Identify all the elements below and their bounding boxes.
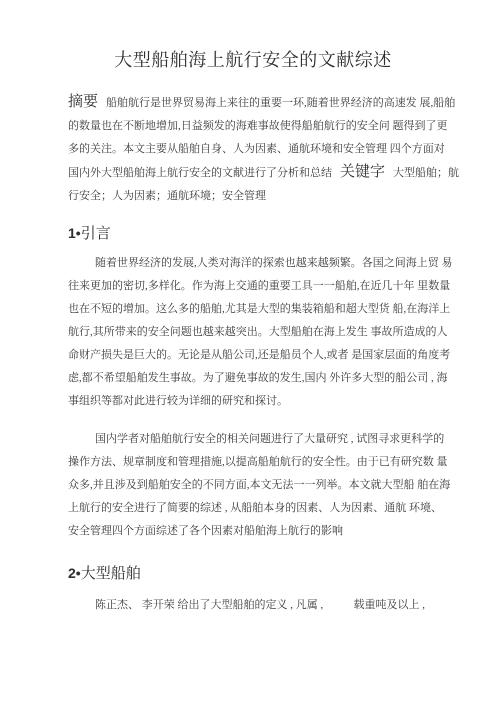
- abstract-line: 多的关注。本文主要从船舶自身、人为因素、通航环境和安全管理 四个方面对: [68, 138, 438, 161]
- body-line: 随着世界经济的发展,人类对海洋的探索也越来越频繁。各国之间海上贸 易: [68, 252, 438, 275]
- body-line: 虑,都不希望船舶发生事故。为了避免事故的发生,国内 外许多大型的船公司 , 海: [68, 367, 438, 390]
- section2-heading: 2•大型船舶: [68, 562, 438, 586]
- abstract-line: 摘要船舶航行是世界贸易海上来往的重要一环,随着世界经济的高速发 展,船舶: [68, 91, 438, 115]
- body-line: 安全管理四个方面综述了各个因素对船舶海上航行的影响: [68, 520, 438, 543]
- abstract-text: 船舶航行是世界贸易海上来往的重要一环,随着世界经济的高速发 展,船舶: [106, 97, 455, 109]
- abstract-text: 国内外大型船舶海上航行安全的文献进行了分析和总结: [68, 167, 332, 179]
- section1-number: 1•: [68, 225, 81, 241]
- section2-number: 2•: [68, 565, 81, 581]
- abstract-label: 摘要: [68, 94, 98, 110]
- abstract-line: 国内外大型船舶海上航行安全的文献进行了分析和总结关键字大型船舶；航: [68, 161, 438, 185]
- document-title: 大型船舶海上航行安全的文献综述: [68, 47, 438, 74]
- section2-title: 大型船舶: [81, 566, 141, 582]
- abstract-line: 行安全；人为因素；通航环境；安全管理: [68, 185, 438, 208]
- body-line: 国内学者对船舶航行安全的相关问题进行了大量研究 , 试图寻求更科学的: [68, 428, 438, 451]
- body-line: 操作方法、规章制度和管理措施,以提高船舶航行的安全性。由于已有研究数 量: [68, 451, 438, 474]
- body-line: 陈正杰、 李开荣 给出了大型船舶的定义 , 凡属 , 载重吨及以上 ,: [68, 594, 438, 617]
- body-line: 事组织等都对此进行较为详细的研究和探讨。: [68, 390, 438, 413]
- keywords-text: 大型船舶；航: [393, 167, 459, 179]
- section1-paragraph-2: 国内学者对船舶航行安全的相关问题进行了大量研究 , 试图寻求更科学的 操作方法、…: [68, 428, 438, 543]
- document-page: 大型船舶海上航行安全的文献综述 摘要船舶航行是世界贸易海上来往的重要一环,随着世…: [0, 0, 500, 707]
- section1-heading: 1•引言: [68, 222, 438, 246]
- section1-paragraph-1: 随着世界经济的发展,人类对海洋的探索也越来越频繁。各国之间海上贸 易 往来更加的…: [68, 252, 438, 413]
- body-line: 也在不短的增加。这么多的船舶,尤其是大型的集装箱船和超大型货 船,在海洋上: [68, 298, 438, 321]
- section2-paragraph-1: 陈正杰、 李开荣 给出了大型船舶的定义 , 凡属 , 载重吨及以上 ,: [68, 594, 438, 617]
- keywords-label: 关键字: [340, 164, 385, 180]
- body-line: 往来更加的密切,多样化。作为海上交通的重要工具一一船舶,在近几十年 里数量: [68, 275, 438, 298]
- section1-title: 引言: [81, 226, 111, 242]
- body-line: 航行,其所带来的安全问题也越来越突出。大型船舶在海上发生 事故所造成的人: [68, 321, 438, 344]
- body-line: 命财产损失是巨大的。无论是从船公司,还是船员个人,或者 是国家层面的角度考: [68, 344, 438, 367]
- abstract-line: 的数量也在不断地增加,日益频发的海难事故使得船舶航行的安全问 题得到了更: [68, 115, 438, 138]
- body-line: 众多,并且涉及到船舶安全的不同方面,本文无法一一列举。本文就大型船 舶在海: [68, 474, 438, 497]
- body-line: 上航行的安全进行了简要的综述 , 从船舶本身的因素、人为因素、通航 环境、: [68, 497, 438, 520]
- abstract-paragraph: 摘要船舶航行是世界贸易海上来往的重要一环,随着世界经济的高速发 展,船舶 的数量…: [68, 91, 438, 208]
